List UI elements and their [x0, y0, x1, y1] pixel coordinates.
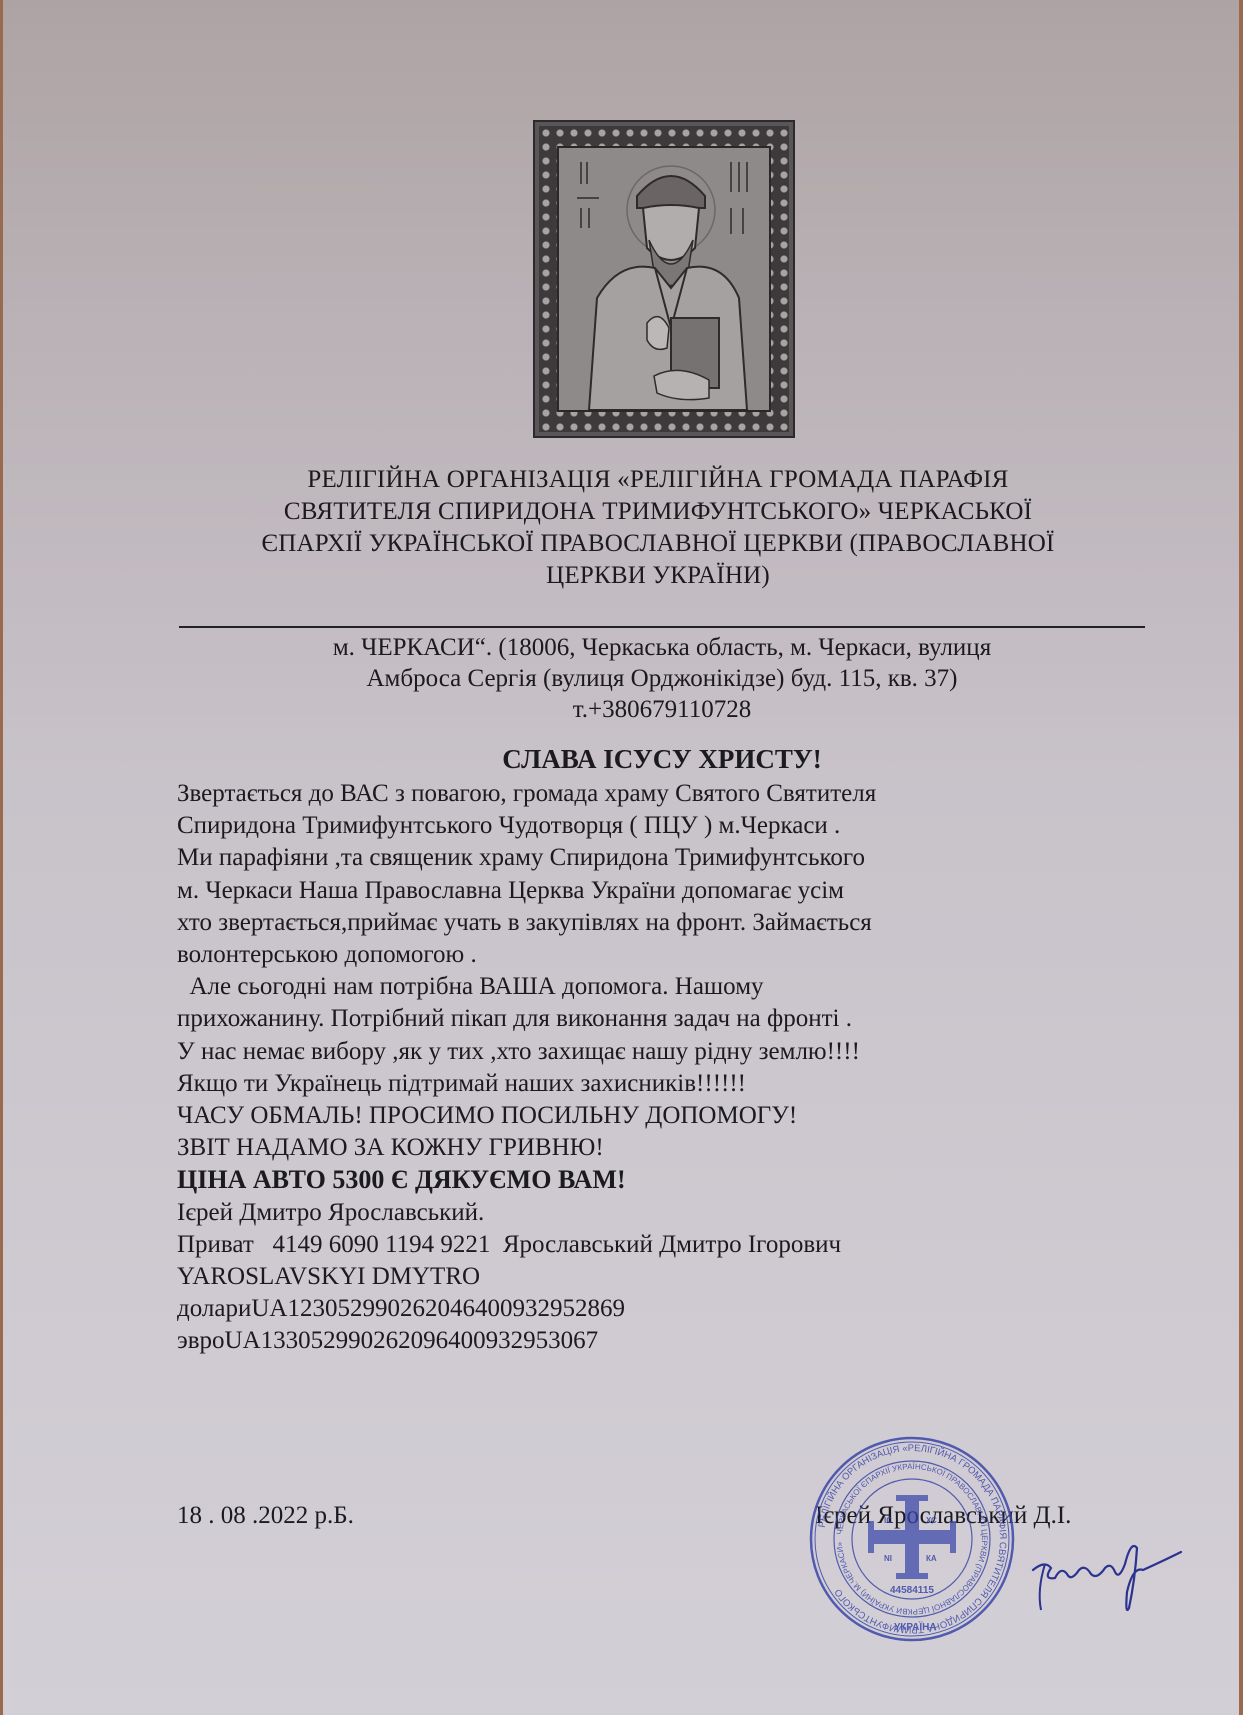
price-line: ЦІНА АВТО 5300 Є ДЯКУЄМО ВАМ! — [177, 1164, 1157, 1196]
body-line: Ми парафіяни ,та священик храму Спиридон… — [177, 842, 1157, 874]
body-line: м. Черкаси Наша Православна Церква Украї… — [177, 875, 1157, 907]
org-title-line: ЦЕРКВИ УКРАЇНИ) — [193, 560, 1123, 592]
body-line: У нас немає вибору ,як у тих ,хто захища… — [177, 1036, 1157, 1068]
organization-title: РЕЛІГІЙНА ОРГАНІЗАЦІЯ «РЕЛІГІЙНА ГРОМАДА… — [193, 464, 1123, 592]
body-line: волонтерською допомогою . — [177, 939, 1157, 971]
church-seal-stamp: РЕЛІГІЙНА ОРГАНІЗАЦІЯ «РЕЛІГІЙНА ГРОМАДА… — [808, 1435, 1016, 1643]
svg-text:ІС: ІС — [884, 1516, 892, 1525]
body-line: Спиридона Тримифунтського Чудотворця ( П… — [177, 810, 1157, 842]
divider-line — [179, 626, 1145, 628]
address-block: м. ЧЕРКАСИ“. (18006, Черкаська область, … — [179, 632, 1145, 725]
svg-text:КА: КА — [926, 1554, 937, 1563]
greeting-heading: СЛАВА ІСУСУ ХРИСТУ! — [179, 744, 1145, 774]
svg-text:44584115: 44584115 — [890, 1585, 934, 1596]
org-title-line: РЕЛІГІЙНА ОРГАНІЗАЦІЯ «РЕЛІГІЙНА ГРОМАДА… — [193, 464, 1123, 496]
org-title-line: ЄПАРХІЇ УКРАЇНСЬКОЇ ПРАВОСЛАВНОЇ ЦЕРКВИ … — [193, 528, 1123, 560]
org-title-line: СВЯТИТЕЛЯ СПИРИДОНА ТРИМИФУНТСЬКОГО» ЧЕР… — [193, 496, 1123, 528]
body-line: хто звертається,приймає учать в закупівл… — [177, 907, 1157, 939]
latin-name: YAROSLAVSKYI DMYTRO — [177, 1261, 1157, 1293]
body-line: прихожанину. Потрібний пікап для виконан… — [177, 1003, 1157, 1035]
document-date: 18 . 08 .2022 р.Б. — [177, 1502, 354, 1530]
eur-iban: эвроUA133052990262096400932953067 — [177, 1325, 1157, 1357]
body-line: Якщо ти Українець підтримай наших захисн… — [177, 1068, 1157, 1100]
card-number-line: Приват 4149 6090 1194 9221 Ярославський … — [177, 1229, 1157, 1261]
icon-image — [559, 148, 769, 410]
body-line: ЧАСУ ОБМАЛЬ! ПРОСИМО ПОСИЛЬНУ ДОПОМОГУ! — [177, 1100, 1157, 1132]
address-line: Амброса Сергія (вулиця Орджонікідзе) буд… — [179, 663, 1145, 694]
appeal-body: Звертається до ВАС з повагою, громада хр… — [177, 778, 1157, 1358]
priest-name: Ієрей Дмитро Ярославський. — [177, 1197, 1157, 1229]
address-line: м. ЧЕРКАСИ“. (18006, Черкаська область, … — [179, 632, 1145, 663]
body-line: Але сьогодні нам потрібна ВАША допомога.… — [177, 971, 1157, 1003]
document-page: РЕЛІГІЙНА ОРГАНІЗАЦІЯ «РЕЛІГІЙНА ГРОМАДА… — [3, 0, 1239, 1715]
usd-iban: долариUA123052990262046400932952869 — [177, 1293, 1157, 1325]
body-line: Звертається до ВАС з повагою, громада хр… — [177, 778, 1157, 810]
body-line: ЗВІТ НАДАМО ЗА КОЖНУ ГРИВНЮ! — [177, 1132, 1157, 1164]
saint-spyridon-icon — [533, 120, 795, 438]
svg-text:ХС: ХС — [926, 1516, 937, 1525]
phone-number: т.+380679110728 — [179, 694, 1145, 725]
handwritten-signature — [1025, 1520, 1185, 1620]
svg-text:УКРАЇНА: УКРАЇНА — [894, 1620, 937, 1633]
svg-text:NI: NI — [884, 1554, 892, 1563]
